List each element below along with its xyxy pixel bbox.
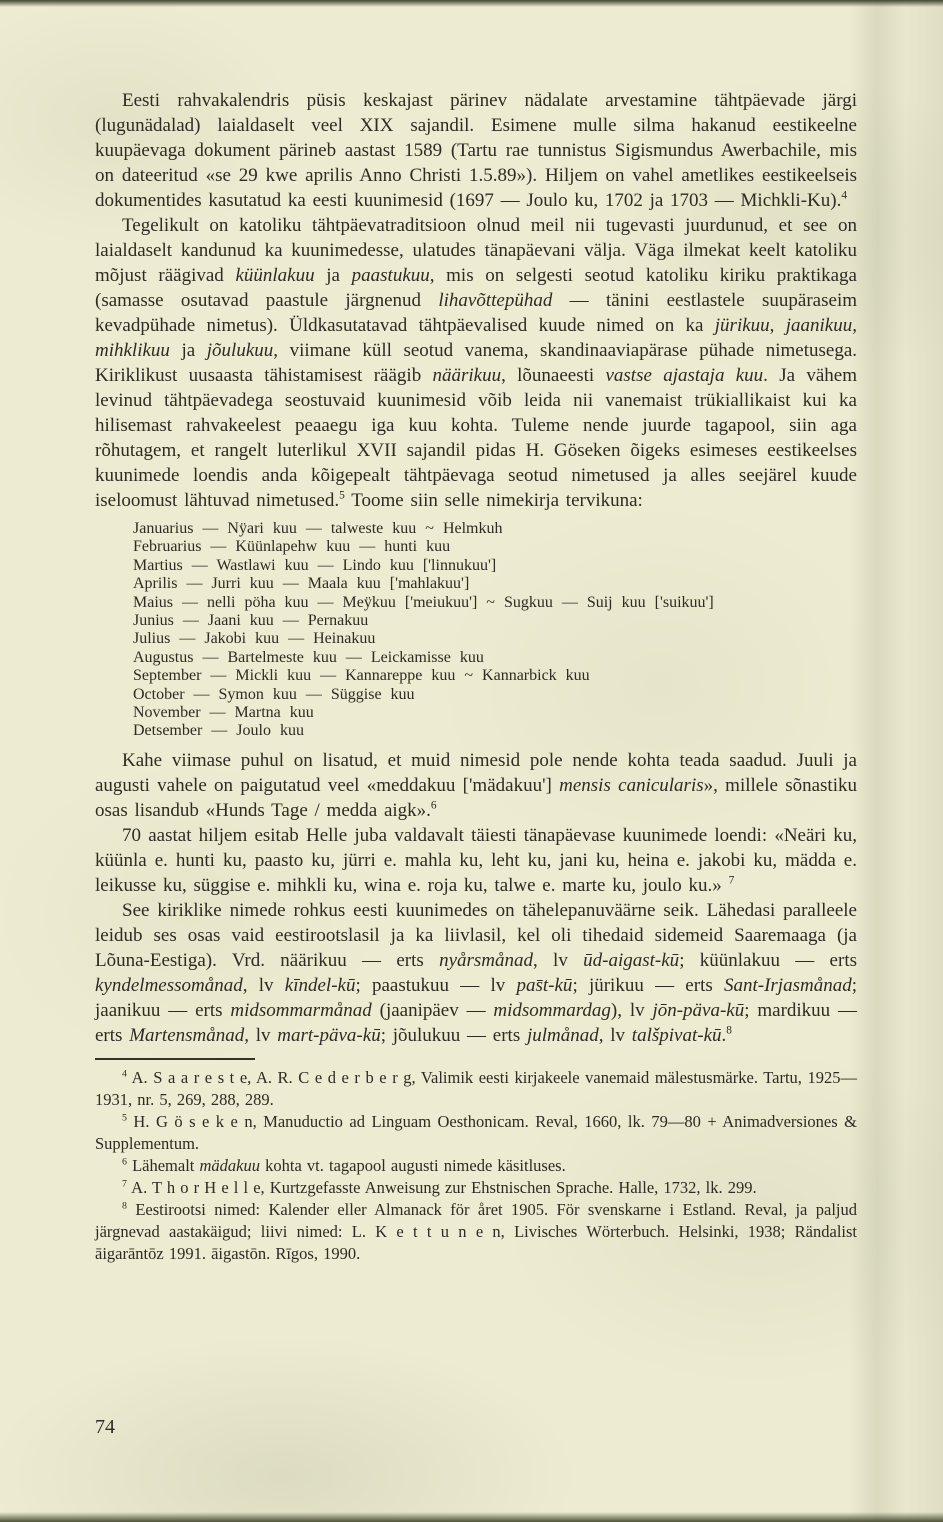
footnote-ref: 4 bbox=[841, 190, 847, 202]
italic-run: mart-päva-kū bbox=[277, 1025, 380, 1046]
paragraph-2: Tegelikult on katoliku tähtpäevatraditsi… bbox=[95, 213, 857, 513]
footnote-5: 5 H. G ö s e k e n, Manuductio ad Lingua… bbox=[95, 1111, 857, 1155]
text-run: Lähemalt bbox=[127, 1156, 200, 1175]
month-list-item: Julius — Jakobi kuu — Heinakuu bbox=[133, 630, 857, 648]
italic-run: vastse ajastaja kuu bbox=[605, 365, 763, 386]
paragraph-1: Eesti rahvakalendris püsis keskajast pär… bbox=[95, 88, 857, 213]
italic-run: nyårsmånad bbox=[439, 950, 533, 971]
italic-run: jürikuu bbox=[715, 315, 770, 336]
italic-run: jōn-päva-kū bbox=[652, 1000, 744, 1021]
text-run: , bbox=[852, 315, 857, 336]
month-name-list: Januarius — Nÿari kuu — talweste kuu ~ H… bbox=[133, 520, 857, 741]
italic-run: mensis canicularis bbox=[559, 775, 704, 796]
footnote-7: 7 A. T h o r H e l l e, Kurtzgefasste An… bbox=[95, 1177, 857, 1199]
italic-run: lihavõttepühad bbox=[438, 290, 552, 311]
page-number: 74 bbox=[95, 1416, 115, 1439]
text-run: ; paastukuu — lv bbox=[355, 975, 516, 996]
paragraph-5: See kiriklike nimede rohkus eesti kuunim… bbox=[95, 898, 857, 1048]
text-run: , lõunaeesti bbox=[501, 365, 605, 386]
italic-run: Sant-Irjasmånad bbox=[724, 975, 852, 996]
month-list-item: October — Symon kuu — Süggise kuu bbox=[133, 686, 857, 704]
scanned-page: Eesti rahvakalendris püsis keskajast pär… bbox=[0, 0, 943, 1522]
month-list-item: Detsember — Joulo kuu bbox=[133, 722, 857, 740]
text-run: , lv bbox=[244, 1025, 277, 1046]
italic-run: kyndelmessomånad bbox=[95, 975, 243, 996]
text-run: ja bbox=[315, 265, 352, 286]
text-run: A. S a a r e s t e, A. R. C e d e r b e … bbox=[95, 1068, 857, 1109]
italic-run: kīndel-kū bbox=[285, 975, 356, 996]
text-run: (jaanipäev — bbox=[372, 1000, 494, 1021]
month-list-item: Aprilis — Jurri kuu — Maala kuu ['mahlak… bbox=[133, 575, 857, 593]
footnote-ref: 7 bbox=[729, 875, 735, 887]
footnote-4: 4 A. S a a r e s t e, A. R. C e d e r b … bbox=[95, 1067, 857, 1111]
footnote-6: 6 Lähemalt mädakuu kohta vt. tagapool au… bbox=[95, 1155, 857, 1177]
month-list-item: September — Mickli kuu — Kannareppe kuu … bbox=[133, 667, 857, 685]
month-list-item: Februarius — Küünlapehw kuu — hunti kuu bbox=[133, 538, 857, 556]
footnote-ref: 8 bbox=[726, 1025, 732, 1037]
text-run: ; jõulukuu — erts bbox=[381, 1025, 527, 1046]
scan-edge-bottom bbox=[0, 1512, 943, 1522]
italic-run: julmånad bbox=[527, 1025, 599, 1046]
text-run: 70 aastat hiljem esitab Helle juba valda… bbox=[95, 825, 857, 896]
italic-run: midsommardag bbox=[493, 1000, 611, 1021]
italic-run: Martensmånad bbox=[129, 1025, 244, 1046]
italic-run: midsommarmånad bbox=[230, 1000, 371, 1021]
text-run: ; jürikuu — erts bbox=[572, 975, 724, 996]
italic-run: küünlakuu bbox=[235, 265, 314, 286]
italic-run: jaanikuu bbox=[786, 315, 853, 336]
footnotes-section: 4 A. S a a r e s t e, A. R. C e d e r b … bbox=[95, 1067, 857, 1265]
text-run: H. G ö s e k e n, Manuductio ad Linguam … bbox=[95, 1112, 857, 1153]
italic-run: pas̄t-kū bbox=[517, 975, 573, 996]
scan-edge-top bbox=[0, 0, 943, 7]
month-list-item: Augustus — Bartelmeste kuu — Leickamisse… bbox=[133, 649, 857, 667]
text-run: , lv bbox=[533, 950, 583, 971]
footnote-ref: 6 bbox=[431, 800, 437, 812]
month-list-item: Junius — Jaani kuu — Pernakuu bbox=[133, 612, 857, 630]
footnote-8: 8 Eestirootsi nimed: Kalender eller Alma… bbox=[95, 1199, 857, 1265]
italic-run: talšpivat-kū bbox=[632, 1025, 722, 1046]
text-run: kohta vt. tagapool augusti nimede käsitl… bbox=[260, 1156, 566, 1175]
month-list-item: Maius — nelli pöha kuu — Meÿkuu ['meiuku… bbox=[133, 594, 857, 612]
text-run: , lv bbox=[243, 975, 285, 996]
page-content: Eesti rahvakalendris püsis keskajast pär… bbox=[95, 88, 857, 1265]
footnote-separator bbox=[95, 1058, 255, 1060]
text-run: Eesti rahvakalendris püsis keskajast pär… bbox=[95, 90, 857, 211]
text-run: Toome siin selle nimekirja tervikuna: bbox=[345, 490, 643, 511]
text-run: , bbox=[770, 315, 786, 336]
italic-run: ūd-aigast-kū bbox=[583, 950, 679, 971]
paragraph-3: Kahe viimase puhul on lisatud, et muid n… bbox=[95, 748, 857, 823]
month-list-item: Martius — Wastlawi kuu — Lindo kuu ['lin… bbox=[133, 557, 857, 575]
paragraph-4: 70 aastat hiljem esitab Helle juba valda… bbox=[95, 823, 857, 898]
text-run: ja bbox=[170, 340, 207, 361]
text-run: Eestirootsi nimed: Kalender eller Almana… bbox=[95, 1200, 857, 1263]
month-list-item: Januarius — Nÿari kuu — talweste kuu ~ H… bbox=[133, 520, 857, 538]
text-run: A. T h o r H e l l e, Kurtzgefasste Anwe… bbox=[127, 1178, 757, 1197]
italic-run: jõulukuu bbox=[207, 340, 274, 361]
text-run: ; küünlakuu — erts bbox=[679, 950, 857, 971]
italic-run: mädakuu bbox=[200, 1156, 261, 1175]
italic-run: näärikuu bbox=[433, 365, 502, 386]
italic-run: paastukuu bbox=[352, 265, 430, 286]
text-run: ), lv bbox=[611, 1000, 653, 1021]
month-list-item: November — Martna kuu bbox=[133, 704, 857, 722]
text-run: , lv bbox=[599, 1025, 632, 1046]
italic-run: mihklikuu bbox=[95, 340, 170, 361]
